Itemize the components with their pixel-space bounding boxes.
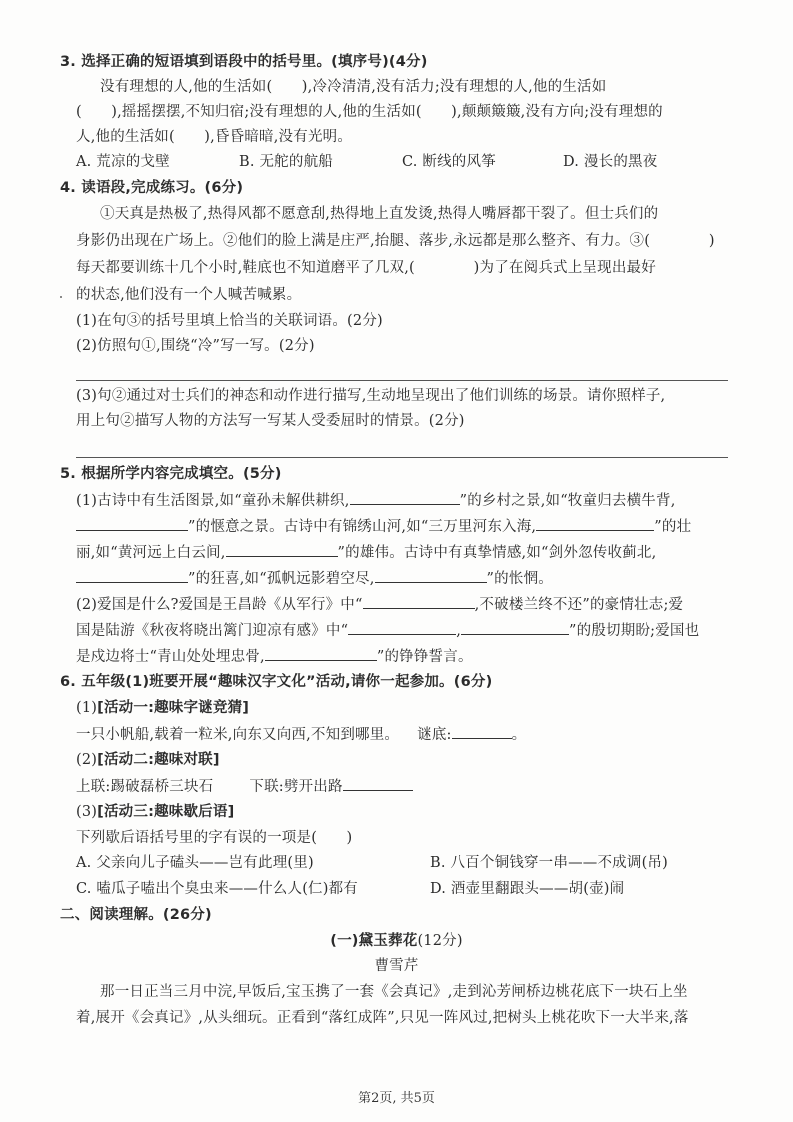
q4-sub2: (2)仿照句①,围绕“冷”写一写。(2分) — [76, 336, 728, 356]
q5-blank-9[interactable] — [461, 620, 569, 635]
q5-title: 5. 根据所学内容完成填空。(5分) — [60, 464, 712, 484]
q6-a1-prefix: (1) — [76, 700, 97, 716]
q5-p2-text: (2)爱国是什么?爱国是王昌龄《从军行》中“ — [76, 597, 363, 613]
q6-option-c: C. 嗑瓜子嗑出个臭虫来——什么人(仁)都有 — [76, 879, 358, 899]
q4-title: 4. 读语段,完成练习。(6分) — [60, 178, 712, 198]
q4-sub3-line-1: (3)句②通过对士兵们的神态和动作进行描写,生动地呈现出了他们训练的场景。请你照… — [76, 386, 728, 406]
section-2-title: 二、阅读理解。(26分) — [60, 905, 712, 925]
q6-activity-3-heading: (3)[活动三:趣味歇后语] — [76, 802, 728, 822]
page-number: 第2页, 共5页 — [0, 1087, 793, 1106]
q6-title: 6. 五年级(1)班要开展“趣味汉字文化”活动,请你一起参加。(6分) — [60, 672, 712, 692]
q4-sub3-answer-line[interactable] — [76, 457, 728, 458]
q6-riddle-answer-label: 谜底: — [417, 727, 452, 743]
q6-couplet-lower: 下联:劈开出路 — [249, 779, 342, 795]
q6-a2-label: [活动二:趣味对联] — [97, 752, 220, 768]
q6-a3-question: 下列歇后语括号里的字有误的一项是( ) — [76, 828, 728, 848]
q5-blank-6[interactable] — [375, 568, 487, 583]
article-line-1: 那一日正当三月中浣,早饭后,宝玉携了一套《会真记》,走到沁芳闸桥边桃花底下一块石… — [100, 982, 728, 1002]
q3-option-c: C. 断线的风筝 — [402, 152, 496, 172]
q3-line-2: ( ),摇摇摆摆,不知归宿;没有理想的人,他的生活如( ),颠颠簸簸,没有方向;… — [76, 102, 728, 122]
q5-p1-text: ”的狂喜,如“孤帆远影碧空尽, — [188, 571, 375, 587]
q6-riddle-text: 一只小帆船,载着一粒米,向东又向西,不知到哪里。 — [76, 727, 399, 743]
article-title-text: (一)黛玉葬花 — [330, 933, 417, 949]
q5-p1-text: 丽,如“黄河远上白云间, — [76, 545, 226, 561]
q6-couplet-blank[interactable] — [343, 776, 413, 791]
q5-p2-text: 国是陆游《秋夜将晓出篱门迎凉有感》中“ — [76, 623, 348, 639]
q5-p1-text: ”的乡村之景,如“牧童归去横牛背, — [460, 493, 676, 509]
q5-blank-4[interactable] — [226, 542, 338, 557]
q4-title-text: 4. 读语段,完成练习。(6分) — [60, 180, 243, 196]
q5-p2-line-3: 是戍边将士“青山处处埋忠骨,”的铮铮誓言。 — [76, 646, 728, 667]
q5-p2-text: ,不破楼兰终不还”的豪情壮志;爱 — [475, 597, 684, 613]
q4-sub1: (1)在句③的括号里填上恰当的关联词语。(2分) — [76, 311, 728, 331]
q4-sub3-line-2: 用上句②描写人物的方法写一写某人受委屈时的情景。(2分) — [76, 411, 728, 431]
q5-p1-line-1: (1)古诗中有生活图景,如“童孙未解供耕织,”的乡村之景,如“牧童归去横牛背, — [76, 490, 728, 511]
q5-blank-3[interactable] — [536, 516, 654, 531]
q6-option-d: D. 酒壶里翻跟头——胡(壶)闹 — [430, 879, 624, 899]
q4-passage-line-3: 每天都要训练十几个小时,鞋底也不知道磨平了几双,( )为了在阅兵式上呈现出最好 — [76, 258, 728, 278]
exam-page: 3. 选择正确的短语填到语段中的括号里。(填序号)(4分) 没有理想的人,他的生… — [0, 0, 793, 1122]
q5-blank-7[interactable] — [363, 594, 475, 609]
q6-riddle-end: 。 — [512, 727, 527, 743]
q5-p1-line-4: ”的狂喜,如“孤帆远影碧空尽,”的怅惘。 — [76, 568, 728, 589]
q3-option-d: D. 漫长的黑夜 — [563, 152, 657, 172]
q5-blank-2[interactable] — [76, 516, 188, 531]
q5-blank-1[interactable] — [350, 490, 460, 505]
q5-title-text: 5. 根据所学内容完成填空。(5分) — [60, 466, 282, 482]
q5-blank-8[interactable] — [348, 620, 456, 635]
scan-dot — [60, 296, 62, 298]
q4-passage-line-2: 身影仍出现在广场上。②他们的脸上满是庄严,抬腿、落步,永远都是那么整齐、有力。③… — [76, 231, 728, 251]
q5-p1-text: ”的雄伟。古诗中有真挚情感,如“剑外忽传收蓟北, — [338, 545, 657, 561]
q3-option-b: B. 无舵的航船 — [239, 152, 333, 172]
q3-line-1: 没有理想的人,他的生活如( ),冷冷清清,没有活力;没有理想的人,他的生活如 — [100, 77, 728, 97]
q6-a3-prefix: (3) — [76, 804, 97, 820]
section-2-title-text: 二、阅读理解。(26分) — [60, 907, 212, 923]
q3-line-3: 人,他的生活如( ),昏昏暗暗,没有光明。 — [76, 127, 728, 147]
q5-p2-text: ”的殷切期盼;爱国也 — [569, 623, 699, 639]
q5-p1-line-2: ”的惬意之景。古诗中有锦绣山河,如“三万里河东入海,”的壮 — [76, 516, 728, 537]
q5-p1-line-3: 丽,如“黄河远上白云间,”的雄伟。古诗中有真挚情感,如“剑外忽传收蓟北, — [76, 542, 728, 563]
q6-option-b: B. 八百个铜钱穿一串——不成调(吊) — [430, 853, 668, 873]
q5-blank-5[interactable] — [76, 568, 188, 583]
q6-activity-1-riddle: 一只小帆船,载着一粒米,向东又向西,不知到哪里。谜底:。 — [76, 724, 728, 745]
q6-activity-1-heading: (1)[活动一:趣味字谜竞猜] — [76, 698, 728, 718]
q6-a3-label: [活动三:趣味歇后语] — [97, 804, 234, 820]
q5-blank-10[interactable] — [265, 646, 377, 661]
q6-riddle-answer-blank[interactable] — [452, 724, 512, 739]
q5-p2-line-2: 国是陆游《秋夜将晓出篱门迎凉有感》中“,”的殷切期盼;爱国也 — [76, 620, 728, 641]
q5-p2-line-1: (2)爱国是什么?爱国是王昌龄《从军行》中“,不破楼兰终不还”的豪情壮志;爱 — [76, 594, 728, 615]
article-line-2: 着,展开《会真记》,从头细玩。正看到“落红成阵”,只见一阵风过,把树头上桃花吹下… — [76, 1008, 728, 1028]
q5-p1-text: (1)古诗中有生活图景,如“童孙未解供耕织, — [76, 493, 350, 509]
q5-p1-text: ”的惬意之景。古诗中有锦绣山河,如“三万里河东入海, — [188, 519, 536, 535]
q6-a1-label: [活动一:趣味字谜竞猜] — [97, 700, 249, 716]
article-author: 曹雪芹 — [0, 956, 793, 976]
q4-passage-line-4: 的状态,他们没有一个人喊苦喊累。 — [76, 285, 728, 305]
q3-title-text: 3. 选择正确的短语填到语段中的括号里。(填序号)(4分) — [60, 54, 428, 70]
q5-p1-text: ”的壮 — [654, 519, 691, 535]
q4-passage-line-1: ①天真是热极了,热得风都不愿意刮,热得地上直发烫,热得人嘴唇都干裂了。但士兵们的 — [100, 204, 728, 224]
q3-title: 3. 选择正确的短语填到语段中的括号里。(填序号)(4分) — [60, 52, 712, 72]
q5-p2-text: ”的铮铮誓言。 — [377, 649, 473, 665]
article-score: (12分) — [417, 933, 462, 949]
q5-p2-text: 是戍边将士“青山处处埋忠骨, — [76, 649, 265, 665]
q3-option-a: A. 荒凉的戈壁 — [76, 152, 170, 172]
q6-a2-prefix: (2) — [76, 752, 97, 768]
q6-activity-2-couplet: 上联:踢破磊桥三块石下联:劈开出路 — [76, 776, 728, 797]
article-title: (一)黛玉葬花(12分) — [0, 931, 793, 951]
q6-couplet-upper: 上联:踢破磊桥三块石 — [76, 779, 213, 795]
q6-activity-2-heading: (2)[活动二:趣味对联] — [76, 750, 728, 770]
q6-title-text: 6. 五年级(1)班要开展“趣味汉字文化”活动,请你一起参加。(6分) — [60, 674, 492, 690]
q4-sub2-answer-line[interactable] — [76, 380, 728, 381]
q5-p1-text: ”的怅惘。 — [487, 571, 553, 587]
q6-option-a: A. 父亲向儿子磕头——岂有此理(里) — [76, 853, 314, 873]
